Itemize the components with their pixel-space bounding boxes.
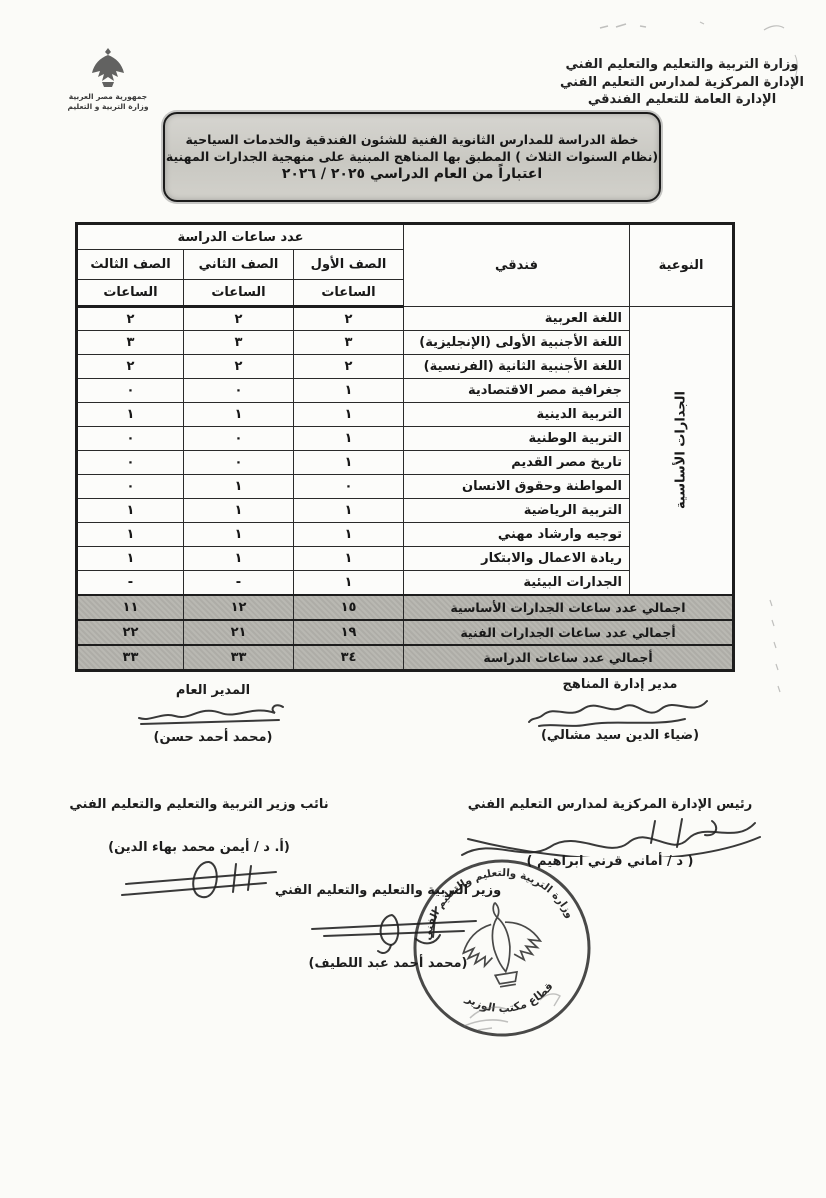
signature-block-general-manager: المدير العام (محمد أحمد حسن) (118, 682, 308, 746)
total-label: اجمالي عدد ساعات الجدارات الأساسية (404, 595, 734, 620)
plan-title-line2: (نظام السنوات الثلاث ) المطبق بها المناه… (165, 148, 659, 165)
subject-name: توجيه وارشاد مهني (404, 523, 630, 547)
handwritten-signature (450, 813, 770, 857)
total-g2: ١٢ (184, 595, 294, 620)
hours-g2: ٠ (184, 451, 294, 475)
hours-g3: ١ (76, 547, 183, 571)
hours-g3: ٠ (76, 379, 183, 403)
total-label: أجمالي عدد ساعات الجدارات الفنية (404, 620, 734, 645)
hours-g3: ٣ (76, 331, 183, 355)
total-g1: ٣٤ (294, 645, 404, 671)
hours-g2: - (184, 571, 294, 595)
plan-title-line1: خطة الدراسة للمدارس الثانوية الفنية للشئ… (165, 131, 659, 148)
subject-name: التربية الوطنية (404, 427, 630, 451)
category-label: الجدارات الأساسية (674, 391, 689, 509)
hours-g3: ١ (76, 499, 183, 523)
signature-name: ( د / أماني قرني ابراهيم ) (450, 853, 770, 870)
hours-g2: ٢ (184, 307, 294, 331)
header-hours-label-3: الساعات (76, 280, 183, 307)
total-label: أجمالي عدد ساعات الدراسة (404, 645, 734, 671)
hours-g1: ٢ (294, 307, 404, 331)
hours-g3: ١ (76, 523, 183, 547)
hours-g1: ١ (294, 427, 404, 451)
total-g2: ٣٣ (184, 645, 294, 671)
hours-g3: ٠ (76, 475, 183, 499)
hours-g2: ٠ (184, 427, 294, 451)
hours-g2: ١ (184, 523, 294, 547)
subject-name: اللغة الأجنبية الأولى (الإنجليزية) (404, 331, 630, 355)
total-g1: ١٥ (294, 595, 404, 620)
ministry-logo: جمهورية مصر العربية وزارة التربية و التع… (46, 46, 170, 111)
signature-title: المدير العام (118, 682, 308, 699)
hours-g3: ٢ (76, 307, 183, 331)
signature-title: وزير التربية والتعليم والتعليم الفني (252, 882, 524, 899)
document-page: وزارة التربية والتعليم والتعليم الفني ال… (0, 0, 826, 1198)
hours-g1: ٠ (294, 475, 404, 499)
signature-block-minister: وزير التربية والتعليم والتعليم الفني (مح… (252, 882, 524, 972)
subject-name: اللغة الأجنبية الثانية (الفرنسية) (404, 355, 630, 379)
category-cell: الجدارات الأساسية (630, 307, 734, 595)
signature-title: رئيس الإدارة المركزية لمدارس التعليم الف… (450, 796, 770, 813)
total-g2: ٢١ (184, 620, 294, 645)
subject-row: الجدارات الأساسية اللغة العربية ٢ ٢ ٢ (76, 307, 733, 331)
handwritten-signature (133, 699, 293, 729)
signature-block-central-admin-head: رئيس الإدارة المركزية لمدارس التعليم الف… (450, 796, 770, 870)
header-track-col: فندقي (404, 224, 630, 307)
hours-g1: ١ (294, 403, 404, 427)
plan-title-line3: اعتباراً من العام الدراسي ٢٠٢٥ / ٢٠٢٦ (165, 165, 659, 184)
hours-g3: ٠ (76, 451, 183, 475)
signature-title: نائب وزير التربية والتعليم والتعليم الفن… (68, 796, 330, 813)
logo-country-label: جمهورية مصر العربية (46, 92, 170, 102)
signature-name: (محمد أحمد حسن) (118, 729, 308, 746)
signature-name: (محمد أحمد عبد اللطيف) (252, 955, 524, 972)
header-hours-label-2: الساعات (184, 280, 294, 307)
subject-name: ريادة الاعمال والابتكار (404, 547, 630, 571)
header-grade3: الصف الثالث (76, 250, 183, 280)
signature-name: (أ. د / أيمن محمد بهاء الدين) (68, 839, 330, 856)
hours-g1: ٣ (294, 331, 404, 355)
ministry-header-line1: وزارة التربية والتعليم والتعليم الفني (540, 56, 824, 74)
signature-title: مدير إدارة المناهج (490, 676, 750, 693)
hours-g2: ٣ (184, 331, 294, 355)
total-g3: ٢٢ (76, 620, 183, 645)
subject-name: جغرافية مصر الاقتصادية (404, 379, 630, 403)
subject-name: تاريخ مصر القديم (404, 451, 630, 475)
signature-block-curriculum-director: مدير إدارة المناهج (ضياء الدين سيد مشالي… (490, 676, 750, 744)
hours-g2: ٠ (184, 379, 294, 403)
header-grade2: الصف الثاني (184, 250, 294, 280)
study-plan-table: النوعية فندقي عدد ساعات الدراسة الصف الأ… (75, 222, 735, 672)
header-hours-label-1: الساعات (294, 280, 404, 307)
logo-ministry-label: وزارة التربية و التعليم (46, 102, 170, 112)
hours-g2: ١ (184, 475, 294, 499)
subject-name: الجدارات البيئية (404, 571, 630, 595)
header-grade1: الصف الأول (294, 250, 404, 280)
header-hours-group: عدد ساعات الدراسة (76, 224, 403, 250)
header-type-col: النوعية (630, 224, 734, 307)
total-g3: ١١ (76, 595, 183, 620)
hours-g1: ٢ (294, 355, 404, 379)
subject-name: التربية الرياضية (404, 499, 630, 523)
total-row-technical: أجمالي عدد ساعات الجدارات الفنية ١٩ ٢١ ٢… (76, 620, 733, 645)
ministry-header-line2: الإدارة المركزية لمدارس التعليم الفني (540, 74, 824, 92)
subject-name: التربية الدينية (404, 403, 630, 427)
hours-g1: ١ (294, 379, 404, 403)
svg-text:قطاع مكتب الوزير: قطاع مكتب الوزير (461, 978, 559, 1022)
egypt-eagle-emblem-icon (46, 46, 170, 92)
ministry-header: وزارة التربية والتعليم والتعليم الفني ال… (540, 56, 824, 109)
hours-g3: - (76, 571, 183, 595)
total-row-basic: اجمالي عدد ساعات الجدارات الأساسية ١٥ ١٢… (76, 595, 733, 620)
stamp-ring-text-bottom: قطاع مكتب الوزير (461, 978, 559, 1022)
total-g1: ١٩ (294, 620, 404, 645)
hours-g2: ١ (184, 403, 294, 427)
plan-title-box: خطة الدراسة للمدارس الثانوية الفنية للشئ… (163, 112, 661, 202)
ministry-header-line3: الإدارة العامة للتعليم الفندقي (540, 91, 824, 109)
hours-g1: ١ (294, 571, 404, 595)
hours-g1: ١ (294, 451, 404, 475)
hours-g1: ١ (294, 523, 404, 547)
total-row-grand: أجمالي عدد ساعات الدراسة ٣٤ ٣٣ ٣٣ (76, 645, 733, 671)
handwritten-signature (288, 899, 488, 955)
hours-g3: ١ (76, 403, 183, 427)
hours-g3: ٠ (76, 427, 183, 451)
signature-name: (ضياء الدين سيد مشالي) (490, 727, 750, 744)
hours-g2: ١ (184, 499, 294, 523)
hours-g1: ١ (294, 547, 404, 571)
hours-g2: ٢ (184, 355, 294, 379)
subject-name: اللغة العربية (404, 307, 630, 331)
hours-g3: ٢ (76, 355, 183, 379)
subject-name: المواطنة وحقوق الانسان (404, 475, 630, 499)
total-g3: ٣٣ (76, 645, 183, 671)
hours-g1: ١ (294, 499, 404, 523)
handwritten-signature (525, 693, 715, 727)
hours-g2: ١ (184, 547, 294, 571)
